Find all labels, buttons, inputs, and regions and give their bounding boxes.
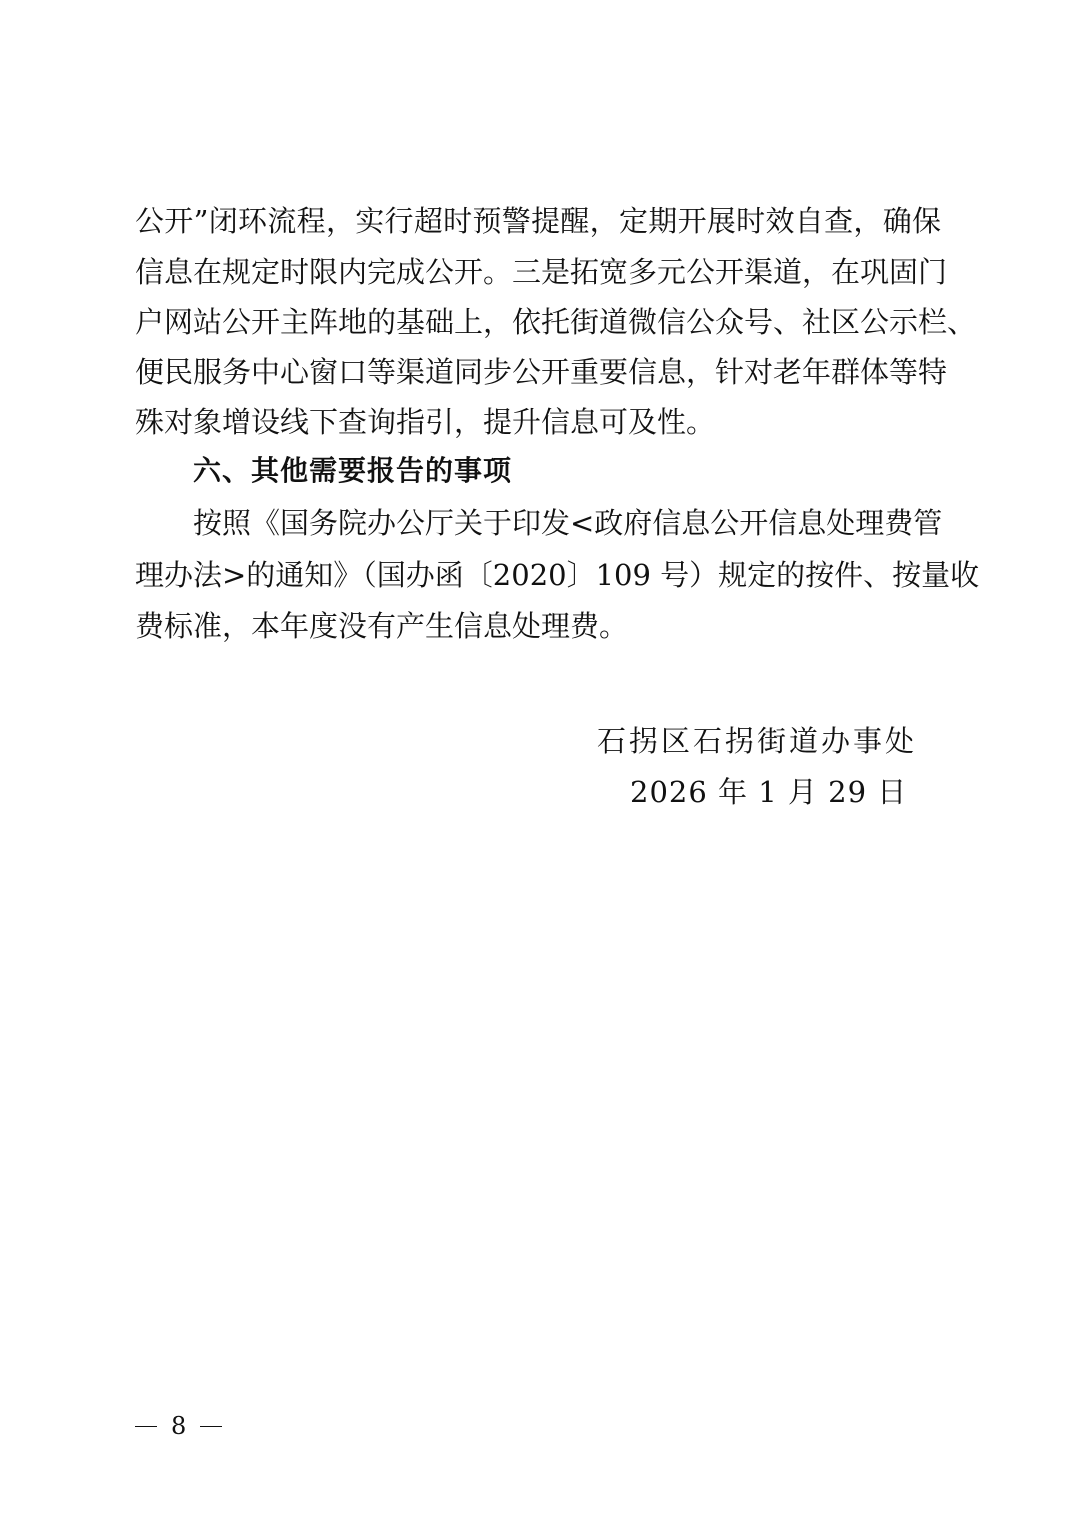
signature-organization: 石拐区石拐街道办事处 bbox=[597, 723, 917, 759]
body-text-line: 户网站公开主阵地的基础上，依托街道微信公众号、社区公示栏、 bbox=[135, 304, 941, 340]
body-text-line: 便民服务中心窗口等渠道同步公开重要信息，针对老年群体等特 bbox=[135, 354, 941, 390]
dash-left bbox=[135, 1426, 157, 1427]
body-text-line: 费标准，本年度没有产生信息处理费。 bbox=[135, 608, 941, 644]
body-text-line: 殊对象增设线下查询指引，提升信息可及性。 bbox=[135, 404, 941, 440]
body-text-line: 公开”闭环流程，实行超时预警提醒，定期开展时效自查，确保 bbox=[135, 203, 941, 239]
body-text-line: 理办法>的通知》（国办函〔2020〕109 号）规定的按件、按量收 bbox=[135, 557, 941, 593]
page-number-value: 8 bbox=[171, 1410, 186, 1442]
page-number: 8 bbox=[135, 1410, 222, 1442]
dash-right bbox=[200, 1426, 222, 1427]
document-page: 公开”闭环流程，实行超时预警提醒，定期开展时效自查，确保 信息在规定时限内完成公… bbox=[0, 0, 1074, 1520]
signature-date: 2026 年 1 月 29 日 bbox=[630, 774, 907, 810]
body-text-line: 信息在规定时限内完成公开。三是拓宽多元公开渠道，在巩固门 bbox=[135, 254, 941, 290]
body-text-line: 按照《国务院办公厅关于印发<政府信息公开信息处理费管 bbox=[193, 505, 941, 541]
section-heading: 六、其他需要报告的事项 bbox=[193, 453, 512, 489]
